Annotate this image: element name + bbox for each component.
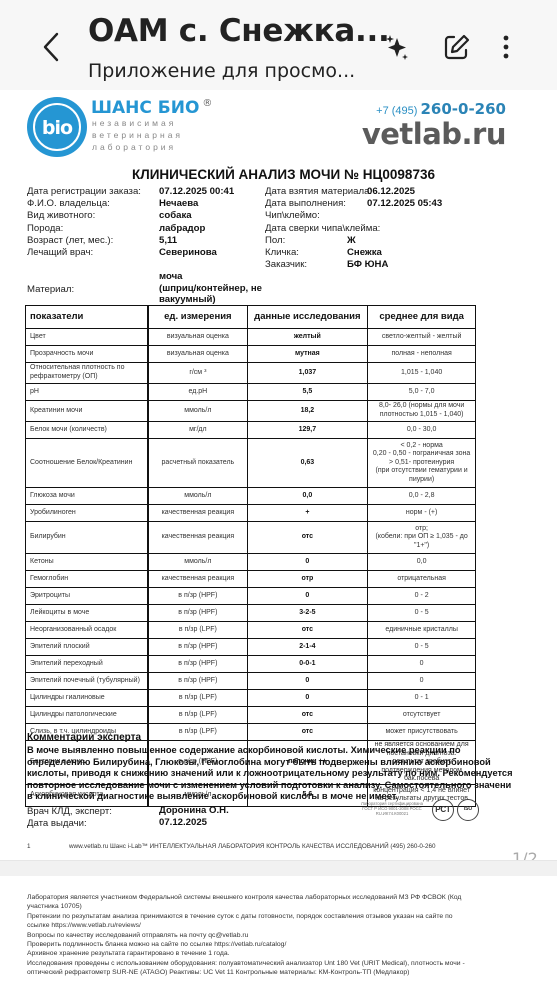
norm-cell: 5,0 - 7,0 — [368, 384, 476, 401]
indicator-cell: Эпителий плоский — [26, 639, 149, 656]
norm-cell: < 0,2 - норма 0,20 - 0,50 - пограничная … — [368, 439, 476, 488]
unit-cell: в п/зр (HPF) — [148, 673, 247, 690]
col-header-unit: ед. измерения — [148, 306, 247, 329]
result-cell: отс — [247, 622, 368, 639]
info-value: БФ ЮНА — [347, 259, 388, 270]
result-cell: 0,63 — [247, 439, 368, 488]
certification-text: Лаборатория сертифицирована ГОСТ Р ИСО 9… — [356, 801, 428, 816]
norm-cell: 0,0 - 2,8 — [368, 488, 476, 505]
lab-tagline: независимая ветеринарная лаборатория — [92, 117, 183, 153]
norm-cell: единичные кристаллы — [368, 622, 476, 639]
table-row: Билирубинкачественная реакцияотсотр; (ко… — [26, 522, 476, 554]
info-label: Порода: — [27, 223, 63, 234]
unit-cell: г/см ³ — [148, 363, 247, 384]
norm-cell: полная - неполная — [368, 346, 476, 363]
indicator-cell: Глюкоза мочи — [26, 488, 149, 505]
indicator-cell: Прозрачность мочи — [26, 346, 149, 363]
info-value: Снежка — [347, 247, 382, 258]
issue-date-value: 07.12.2025 — [159, 817, 207, 828]
table-row: Эпителий переходныйв п/зр (HPF)0-0-10 — [26, 656, 476, 673]
indicator-cell: pH — [26, 384, 149, 401]
table-row: Цилиндры гиалиновыев п/зр (LPF)00 - 1 — [26, 690, 476, 707]
material-label: Материал: — [27, 284, 74, 295]
material-value: моча (шприц/контейнер, не вакуумный) — [159, 271, 262, 306]
table-row: pHед.pH5,55,0 - 7,0 — [26, 384, 476, 401]
unit-cell: в п/зр (LPF) — [148, 690, 247, 707]
indicator-cell: Лейкоциты в моче — [26, 605, 149, 622]
unit-cell: в п/зр (HPF) — [148, 639, 247, 656]
document-title: ОАМ с. Снежка... — [88, 13, 389, 49]
info-label: Чип\клеймо: — [265, 210, 320, 221]
table-row: Креатинин мочиммоль/л18,28,0- 26,0 (норм… — [26, 401, 476, 422]
table-row: Эпителий почечный (тубулярный)в п/зр (HP… — [26, 673, 476, 690]
norm-cell: может присутствовать — [368, 724, 476, 741]
table-row: Глюкоза мочиммоль/л0,00,0 - 2,8 — [26, 488, 476, 505]
indicator-cell: Цилиндры патологические — [26, 707, 149, 724]
indicator-cell: Креатинин мочи — [26, 401, 149, 422]
unit-cell: мг/дл — [148, 422, 247, 439]
unit-cell: ммоль/л — [148, 401, 247, 422]
info-label: Кличка: — [265, 247, 299, 258]
norm-cell: 0,0 — [368, 554, 476, 571]
doctor-label: Врач КЛД, эксперт: — [27, 806, 112, 817]
norm-cell: 8,0- 26,0 (нормы для мочи плотностью 1,0… — [368, 401, 476, 422]
indicator-cell: Кетоны — [26, 554, 149, 571]
table-row: Эпителий плоскийв п/зр (HPF)2-1-40 - 5 — [26, 639, 476, 656]
table-row: Белок мочи (количеств)мг/дл129,70,0 - 30… — [26, 422, 476, 439]
table-row: Соотношение Белок/Креатининрасчетный пок… — [26, 439, 476, 488]
norm-cell: светло-желтый - желтый — [368, 329, 476, 346]
info-value: 5,11 — [159, 235, 177, 246]
bio-logo-icon: bio — [27, 97, 87, 157]
info-value: собака — [159, 210, 192, 221]
iso-certification-icon: ISO — [457, 799, 479, 821]
info-label: Заказчик: — [265, 259, 307, 270]
result-cell: 18,2 — [247, 401, 368, 422]
unit-cell: в п/зр (HPF) — [148, 656, 247, 673]
indicator-cell: Белок мочи (количеств) — [26, 422, 149, 439]
table-row: Кетоныммоль/л00,0 — [26, 554, 476, 571]
result-cell: + — [247, 505, 368, 522]
sparkle-ai-icon[interactable] — [383, 32, 411, 62]
table-row: Цилиндры патологическиев п/зр (LPF)отсот… — [26, 707, 476, 724]
norm-cell: отсутствует — [368, 707, 476, 724]
norm-cell: 0 — [368, 673, 476, 690]
table-row: Прозрачность мочивизуальная оценкамутная… — [26, 346, 476, 363]
result-cell: 129,7 — [247, 422, 368, 439]
expert-comments-title: Комментарии эксперта — [27, 732, 141, 743]
unit-cell: ммоль/л — [148, 554, 247, 571]
info-label: Дата регистрации заказа: — [27, 186, 141, 197]
unit-cell: визуальная оценка — [148, 329, 247, 346]
unit-cell: в п/зр (LPF) — [148, 622, 247, 639]
indicator-cell: Соотношение Белок/Креатинин — [26, 439, 149, 488]
result-cell: 0 — [247, 588, 368, 605]
indicator-cell: Уробилиноген — [26, 505, 149, 522]
table-row: Относительная плотность по рефрактометру… — [26, 363, 476, 384]
unit-cell: визуальная оценка — [148, 346, 247, 363]
info-value: Северинова — [159, 247, 217, 258]
unit-cell: ммоль/л — [148, 488, 247, 505]
unit-cell: качественная реакция — [148, 522, 247, 554]
lab-brand-name: ШАНС БИО® — [91, 98, 212, 118]
edit-icon[interactable] — [442, 32, 470, 62]
info-label: Дата сверки чипа\клейма: — [265, 223, 380, 234]
unit-cell: ед.pH — [148, 384, 247, 401]
indicator-cell: Эпителий почечный (тубулярный) — [26, 673, 149, 690]
indicator-cell: Цилиндры гиалиновые — [26, 690, 149, 707]
col-header-indicator: показатели — [26, 306, 149, 329]
report-title: КЛИНИЧЕСКИЙ АНАЛИЗ МОЧИ № НЦ0098736 — [0, 167, 557, 182]
indicator-cell: Гемоглобин — [26, 571, 149, 588]
indicator-cell: Относительная плотность по рефрактометру… — [26, 363, 149, 384]
info-label: Вид животного: — [27, 210, 95, 221]
col-header-norm: среднее для вида — [368, 306, 476, 329]
result-cell: 0 — [247, 673, 368, 690]
norm-cell: 0 - 5 — [368, 639, 476, 656]
info-value: лабрадор — [159, 223, 205, 234]
indicator-cell: Эпителий переходный — [26, 656, 149, 673]
norm-cell: 1,015 - 1,040 — [368, 363, 476, 384]
unit-cell: качественная реакция — [148, 571, 247, 588]
table-row: Эритроцитыв п/зр (HPF)00 - 2 — [26, 588, 476, 605]
result-cell: 0 — [247, 690, 368, 707]
indicator-cell: Цвет — [26, 329, 149, 346]
norm-cell: норм - (+) — [368, 505, 476, 522]
document-subtitle: Приложение для просмо... — [88, 60, 355, 82]
page2-notes: Лаборатория является участником Федераль… — [27, 893, 527, 978]
info-label: Лечащий врач: — [27, 247, 93, 258]
norm-cell: 0,0 - 30,0 — [368, 422, 476, 439]
expert-comments-text: В моче выявленно повышенное содержание а… — [27, 745, 542, 803]
result-cell: отс — [247, 724, 368, 741]
more-vertical-icon[interactable] — [496, 32, 516, 62]
page-gap — [0, 860, 557, 876]
col-header-result: данные исследования — [247, 306, 368, 329]
lab-phone: +7 (495) 260-0-260 — [376, 100, 506, 118]
table-row: Цветвизуальная оценкажелтыйсветло-желтый… — [26, 329, 476, 346]
unit-cell: в п/зр (HPF) — [148, 605, 247, 622]
norm-cell: 0 - 2 — [368, 588, 476, 605]
indicator-cell: Неорганизованный осадок — [26, 622, 149, 639]
result-cell: 1,037 — [247, 363, 368, 384]
result-cell: 0 — [247, 554, 368, 571]
norm-cell: отрицательная — [368, 571, 476, 588]
table-row: Лейкоциты в мочев п/зр (HPF)3-2-50 - 5 — [26, 605, 476, 622]
unit-cell: в п/зр (LPF) — [148, 724, 247, 741]
result-cell: отс — [247, 707, 368, 724]
result-cell: 0,0 — [247, 488, 368, 505]
info-label: Дата выполнения: — [265, 198, 346, 209]
info-value: Ж — [347, 235, 356, 246]
indicator-cell: Эритроциты — [26, 588, 149, 605]
result-cell: 3-2-5 — [247, 605, 368, 622]
result-cell: 2-1-4 — [247, 639, 368, 656]
info-label: Пол: — [265, 235, 285, 246]
info-label: Возраст (лет, мес.): — [27, 235, 113, 246]
doctor-value: Доронина О.Н. — [159, 805, 229, 816]
info-value: 07.12.2025 05:43 — [367, 198, 442, 209]
app-bar: ОАМ с. Снежка... Приложение для просмо..… — [0, 0, 557, 90]
unit-cell: качественная реакция — [148, 505, 247, 522]
info-value: 07.12.2025 00:41 — [159, 186, 234, 197]
norm-cell: 0 - 1 — [368, 690, 476, 707]
norm-cell: 0 - 5 — [368, 605, 476, 622]
norm-cell: отр; (кобели: при ОП ≥ 1,035 - до "1+") — [368, 522, 476, 554]
unit-cell: в п/зр (HPF) — [148, 588, 247, 605]
result-cell: 5,5 — [247, 384, 368, 401]
issue-date-label: Дата выдачи: — [27, 818, 87, 829]
table-row: Уробилиногенкачественная реакция+норм - … — [26, 505, 476, 522]
rst-certification-icon: РСТ — [432, 799, 454, 821]
info-value: Нечаева — [159, 198, 198, 209]
result-cell: мутная — [247, 346, 368, 363]
unit-cell: в п/зр (LPF) — [148, 707, 247, 724]
info-value: 06.12.2025 — [367, 186, 415, 197]
unit-cell: расчетный показатель — [148, 439, 247, 488]
lab-website: vetlab.ru — [362, 117, 506, 151]
back-chevron-icon[interactable] — [38, 30, 64, 64]
table-row: Гемоглобинкачественная реакцияотротрицат… — [26, 571, 476, 588]
result-cell: отс — [247, 522, 368, 554]
norm-cell: 0 — [368, 656, 476, 673]
result-cell: отр — [247, 571, 368, 588]
result-cell: желтый — [247, 329, 368, 346]
table-row: Неорганизованный осадокв п/зр (LPF)отсед… — [26, 622, 476, 639]
page-footer: 1www.vetlab.ru Шанс i-Lab™ ИНТЕЛЛЕКТУАЛЬ… — [27, 843, 436, 850]
info-label: Ф.И.О. владельца: — [27, 198, 110, 209]
info-label: Дата взятия материала: — [265, 186, 372, 197]
result-cell: 0-0-1 — [247, 656, 368, 673]
indicator-cell: Билирубин — [26, 522, 149, 554]
